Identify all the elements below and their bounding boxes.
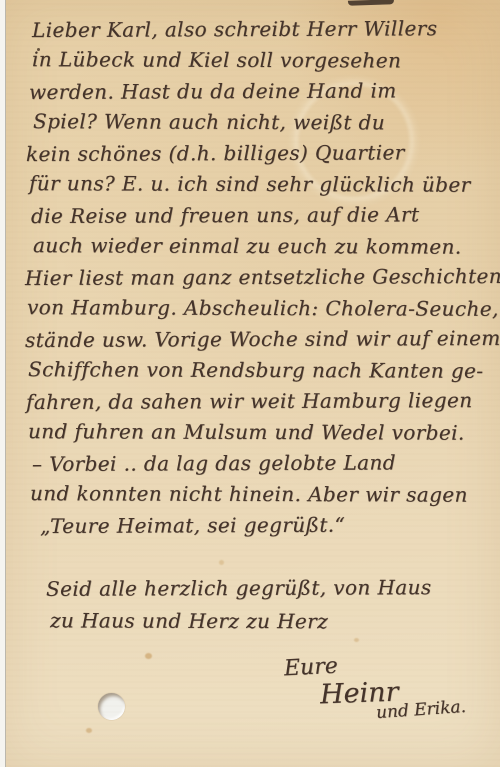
signature-line: Eure bbox=[283, 654, 338, 682]
handwritten-line: die Reise und freuen uns, auf die Art bbox=[31, 199, 500, 232]
handwritten-line: „Teure Heimat, sei gegrüßt.“ bbox=[40, 509, 500, 542]
foxing-stain bbox=[354, 638, 359, 642]
handwritten-line: in Lübeck und Kiel soll vorgesehen bbox=[32, 44, 500, 77]
handwritten-line: Schiffchen von Rendsburg nach Kanten ge- bbox=[28, 354, 500, 387]
handwritten-line: von Hamburg. Abscheulich: Cholera-Seuche… bbox=[27, 292, 500, 325]
foxing-stain bbox=[145, 653, 152, 659]
handwritten-line: kein schönes (d.h. billiges) Quartier bbox=[26, 137, 500, 170]
closing-line: zu Haus und Herz zu Herz bbox=[50, 604, 432, 638]
handwritten-line: für uns? E. u. ich sind sehr glücklich ü… bbox=[29, 168, 500, 201]
foxing-stain bbox=[86, 728, 92, 733]
handwritten-line: Lieber Karl, also schreibt Herr Willers bbox=[32, 13, 500, 46]
top-edge-ink-mark bbox=[348, 0, 394, 6]
letter-closing: Seid alle herzlich gegrüßt, von Haus zu … bbox=[46, 572, 432, 638]
handwritten-line: und konnten nicht hinein. Aber wir sagen bbox=[30, 478, 500, 511]
handwritten-line: – Vorbei .. da lag das gelobte Land bbox=[32, 447, 500, 480]
closing-line: Seid alle herzlich gegrüßt, von Haus bbox=[46, 571, 432, 606]
handwritten-line: Spiel? Wenn auch nicht, weißt du bbox=[33, 106, 500, 139]
punch-hole bbox=[98, 693, 125, 720]
handwritten-line: werden. Hast du da deine Hand im bbox=[29, 75, 500, 108]
handwritten-line: und fuhren an Mulsum und Wedel vorbei. bbox=[28, 416, 500, 449]
handwritten-line: fahren, da sahen wir weit Hamburg liegen bbox=[26, 385, 500, 418]
scanned-letter: Lieber Karl, also schreibt Herr Willers … bbox=[0, 0, 500, 767]
handwritten-line: Hier liest man ganz entsetzliche Geschic… bbox=[25, 261, 500, 294]
foxing-stain bbox=[219, 560, 224, 565]
letter-card: Lieber Karl, also schreibt Herr Willers … bbox=[4, 0, 500, 767]
scan-edge bbox=[0, 0, 6, 767]
letter-body: Lieber Karl, also schreibt Herr Willers … bbox=[4, 14, 500, 541]
handwritten-line: auch wieder einmal zu euch zu kommen. bbox=[33, 230, 500, 263]
handwritten-line: stände usw. Vorige Woche sind wir auf ei… bbox=[25, 323, 500, 356]
